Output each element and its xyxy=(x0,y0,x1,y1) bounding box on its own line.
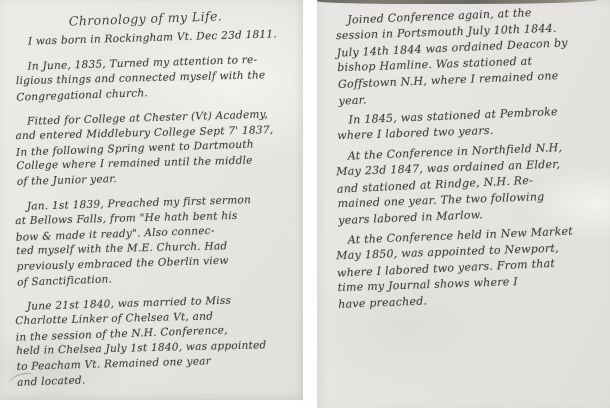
paragraph: June 21st 1840, was married to MissCharl… xyxy=(15,292,297,390)
manuscript-page-right: Joined Conference again, at thesession i… xyxy=(317,0,610,408)
manuscript-page-left: Chronology of my Life. I was born in Roc… xyxy=(0,0,303,400)
paragraph: Jan. 1st 1839, Preached my first sermona… xyxy=(15,192,297,290)
scanned-document: Chronology of my Life. I was born in Roc… xyxy=(0,0,610,408)
paragraph: I was born in Rockingham Vt. Dec 23d 181… xyxy=(16,27,295,50)
page-right-text: Joined Conference again, at thesession i… xyxy=(337,13,604,313)
page-left-text: I was born in Rockingham Vt. Dec 23d 181… xyxy=(16,35,295,390)
scan-margin xyxy=(0,400,303,408)
paragraph: In June, 1835, Turned my attention to re… xyxy=(15,52,295,105)
paragraph: At the Conference held in New MarketMay … xyxy=(335,222,605,313)
paragraph: Joined Conference again, at thesession i… xyxy=(335,2,606,109)
paragraph: At the Conference in Northfield N.H,May … xyxy=(335,138,605,229)
handwritten-line: I was born in Rockingham Vt. Dec 23d 181… xyxy=(16,27,295,50)
page-title: Chronology of my Life. xyxy=(26,7,265,30)
paragraph: Fitted for College at Chester (Vt) Acade… xyxy=(15,107,296,190)
paragraph: In 1845, was stationed at Pembrokewhere … xyxy=(336,102,604,145)
